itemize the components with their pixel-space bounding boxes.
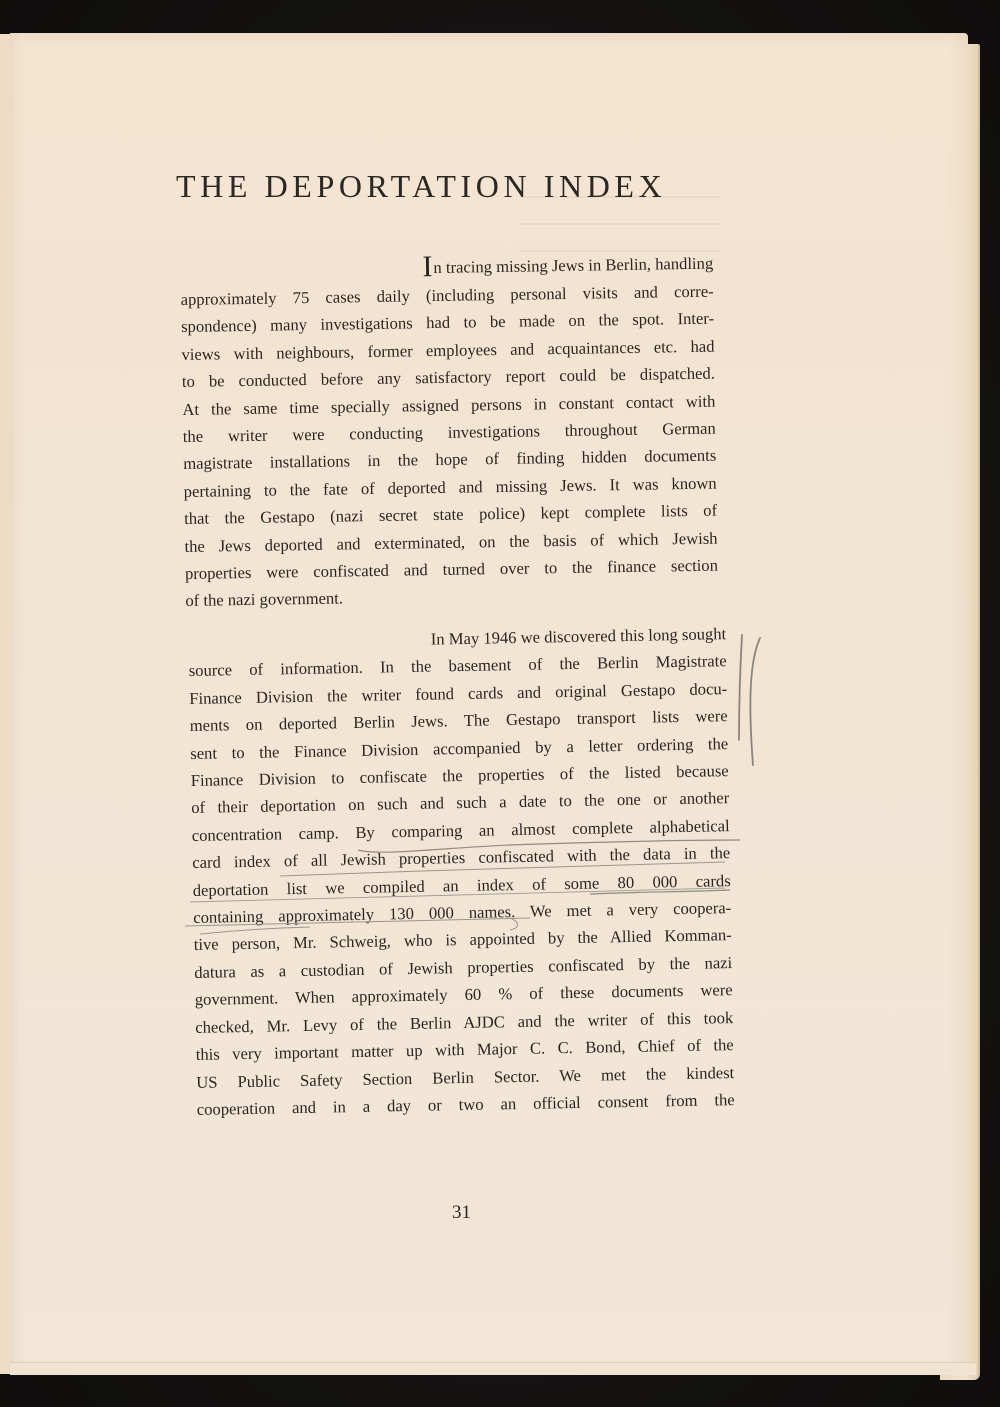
paragraph-2: In May 1946 we discovered this long soug… bbox=[188, 620, 735, 1123]
drop-cap: I bbox=[422, 250, 433, 283]
page-content: THE DEPORTATION INDEX In tracing missing… bbox=[0, 0, 1000, 1407]
page-title: THE DEPORTATION INDEX bbox=[176, 168, 736, 205]
margin-pencil-lines bbox=[735, 630, 775, 770]
page-number: 31 bbox=[452, 1202, 471, 1224]
paragraph-1: In tracing missing Jews in Berlin, handl… bbox=[180, 248, 719, 615]
